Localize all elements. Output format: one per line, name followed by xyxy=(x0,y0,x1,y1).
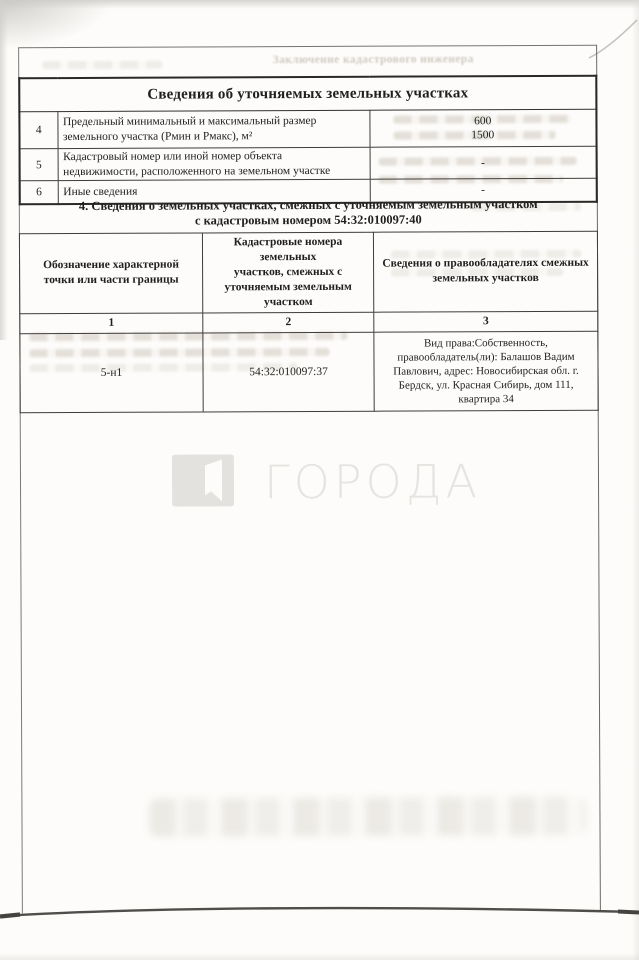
page-edge-line xyxy=(0,902,639,924)
scan-corner-shading xyxy=(0,0,110,48)
row-value: - xyxy=(370,146,597,179)
column-numbers-row: 1 2 3 xyxy=(20,311,598,334)
column-number: 3 xyxy=(374,311,598,332)
row-number: 4 xyxy=(19,112,57,149)
row-label: Кадастровый номер или иной номер объекта… xyxy=(58,147,370,181)
rights-holder-cell: Вид права:Собственность, правообладатель… xyxy=(374,331,598,411)
table-header-row: Обозначение характерной точки или части … xyxy=(19,231,597,313)
table-row: 4 Предельный минимальный и максимальный … xyxy=(19,109,596,149)
scan-edge-bottom xyxy=(0,953,639,960)
bleedthrough-text: Заключение кадастрового инженера xyxy=(223,53,523,66)
table-row: Сведения об уточняемых земельных участка… xyxy=(19,76,596,112)
cadastral-number-cell: 54:32:010097:37 xyxy=(203,332,374,412)
bleedthrough-smudge xyxy=(42,61,162,70)
adjacent-parcels-table: Обозначение характерной точки или части … xyxy=(19,231,599,413)
point-designation-cell: 5-н1 xyxy=(20,333,203,413)
column-header-rights: Сведения о правообладателях смежных земе… xyxy=(373,231,597,312)
row-value: 600 1500 xyxy=(369,109,596,147)
column-number: 2 xyxy=(203,312,374,333)
section4-heading: 4. Сведения о земельных участках, смежны… xyxy=(19,197,598,230)
column-header-point: Обозначение характерной точки или части … xyxy=(19,233,202,313)
table1-title: Сведения об уточняемых земельных участка… xyxy=(19,76,596,112)
refined-parcels-table: Сведения об уточняемых земельных участка… xyxy=(18,75,598,206)
watermark-text: ГОРОДА xyxy=(264,454,481,505)
column-number: 1 xyxy=(20,313,203,334)
scan-edge-left xyxy=(0,0,8,340)
watermark-flag-logo-icon xyxy=(172,454,234,506)
document-frame: Заключение кадастрового инженера Сведени… xyxy=(18,45,601,914)
scan-edge-right xyxy=(632,0,639,960)
row-label: Предельный минимальный и максимальный ра… xyxy=(57,110,369,148)
bleedthrough-large-text xyxy=(149,797,585,837)
table-row: 5 Кадастровый номер или иной номер объек… xyxy=(20,146,597,181)
row-number: 5 xyxy=(20,149,58,182)
column-header-cadastral: Кадастровые номера земельных участков, с… xyxy=(202,232,373,312)
scanned-document-page: { "doc": { "bleedthrough_header": "Заклю… xyxy=(0,0,639,960)
section4-title-line1: 4. Сведения о земельных участках, смежны… xyxy=(19,197,598,215)
table-row: 5-н1 54:32:010097:37 Вид права:Собственн… xyxy=(20,331,598,413)
section4-title-line2: с кадастровым номером 54:32:010097:40 xyxy=(19,212,598,230)
watermark: ГОРОДА xyxy=(172,453,481,506)
